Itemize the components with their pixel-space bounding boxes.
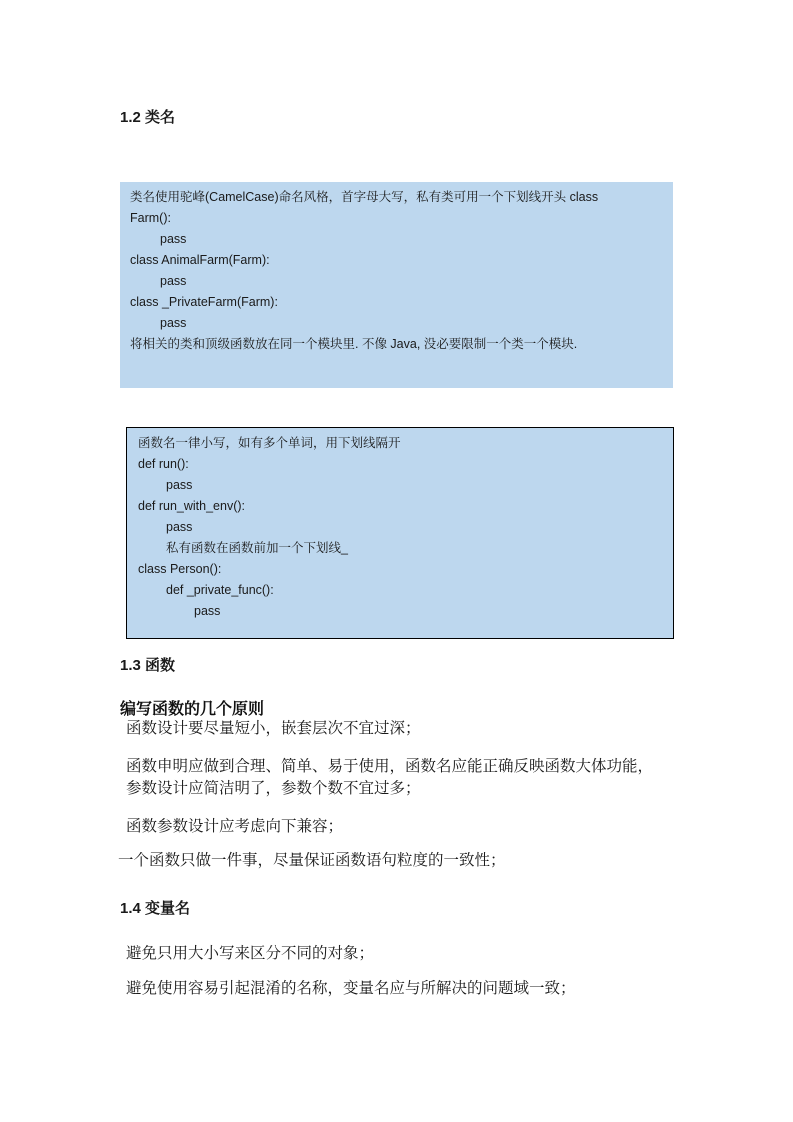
code-line: pass (166, 517, 192, 537)
section-heading-1-3: 1.3 函数 (120, 654, 175, 675)
variable-rule-item: 避免使用容易引起混淆的名称，变量名应与所解决的问题域一致； (126, 977, 576, 999)
code-line: class _PrivateFarm(Farm): (130, 292, 278, 312)
code-line: def run(): (138, 454, 189, 474)
code-line: pass (194, 601, 220, 621)
principle-item: 函数设计要尽量短小，嵌套层次不宜过深； (126, 717, 421, 739)
code-line: pass (160, 229, 186, 249)
code-line: def _private_func(): (166, 580, 274, 600)
code-line: pass (160, 313, 186, 333)
code-line: pass (160, 271, 186, 291)
code-line: pass (166, 475, 192, 495)
class-naming-description: 类名使用驼峰(CamelCase)命名风格，首字母大写，私有类可用一个下划线开头… (130, 187, 598, 207)
principle-item: 函数参数设计应考虑向下兼容； (126, 815, 343, 837)
code-line: Farm(): (130, 208, 171, 228)
principle-item: 函数申明应做到合理、简单、易于使用，函数名应能正确反映函数大体功能， (126, 755, 653, 777)
principle-item: 一个函数只做一件事，尽量保证函数语句粒度的一致性； (118, 849, 506, 871)
function-naming-code-box: 函数名一律小写，如有多个单词，用下划线隔开 def run(): pass de… (126, 427, 674, 639)
module-note: 将相关的类和顶级函数放在同一个模块里. 不像 Java, 没必要限制一个类一个模… (130, 334, 577, 354)
function-naming-description: 函数名一律小写，如有多个单词，用下划线隔开 (138, 433, 401, 453)
code-line: class AnimalFarm(Farm): (130, 250, 270, 270)
code-line: class Person(): (138, 559, 221, 579)
class-naming-code-box: 类名使用驼峰(CamelCase)命名风格，首字母大写，私有类可用一个下划线开头… (120, 182, 673, 388)
principle-item: 参数设计应简洁明了，参数个数不宜过多； (126, 777, 421, 799)
code-line: def run_with_env(): (138, 496, 245, 516)
private-function-note: 私有函数在函数前加一个下划线_ (166, 538, 348, 558)
principles-subheading: 编写函数的几个原则 (120, 696, 264, 719)
section-heading-1-4: 1.4 变量名 (120, 897, 190, 918)
section-heading-1-2: 1.2 类名 (120, 106, 175, 127)
variable-rule-item: 避免只用大小写来区分不同的对象； (126, 942, 374, 964)
